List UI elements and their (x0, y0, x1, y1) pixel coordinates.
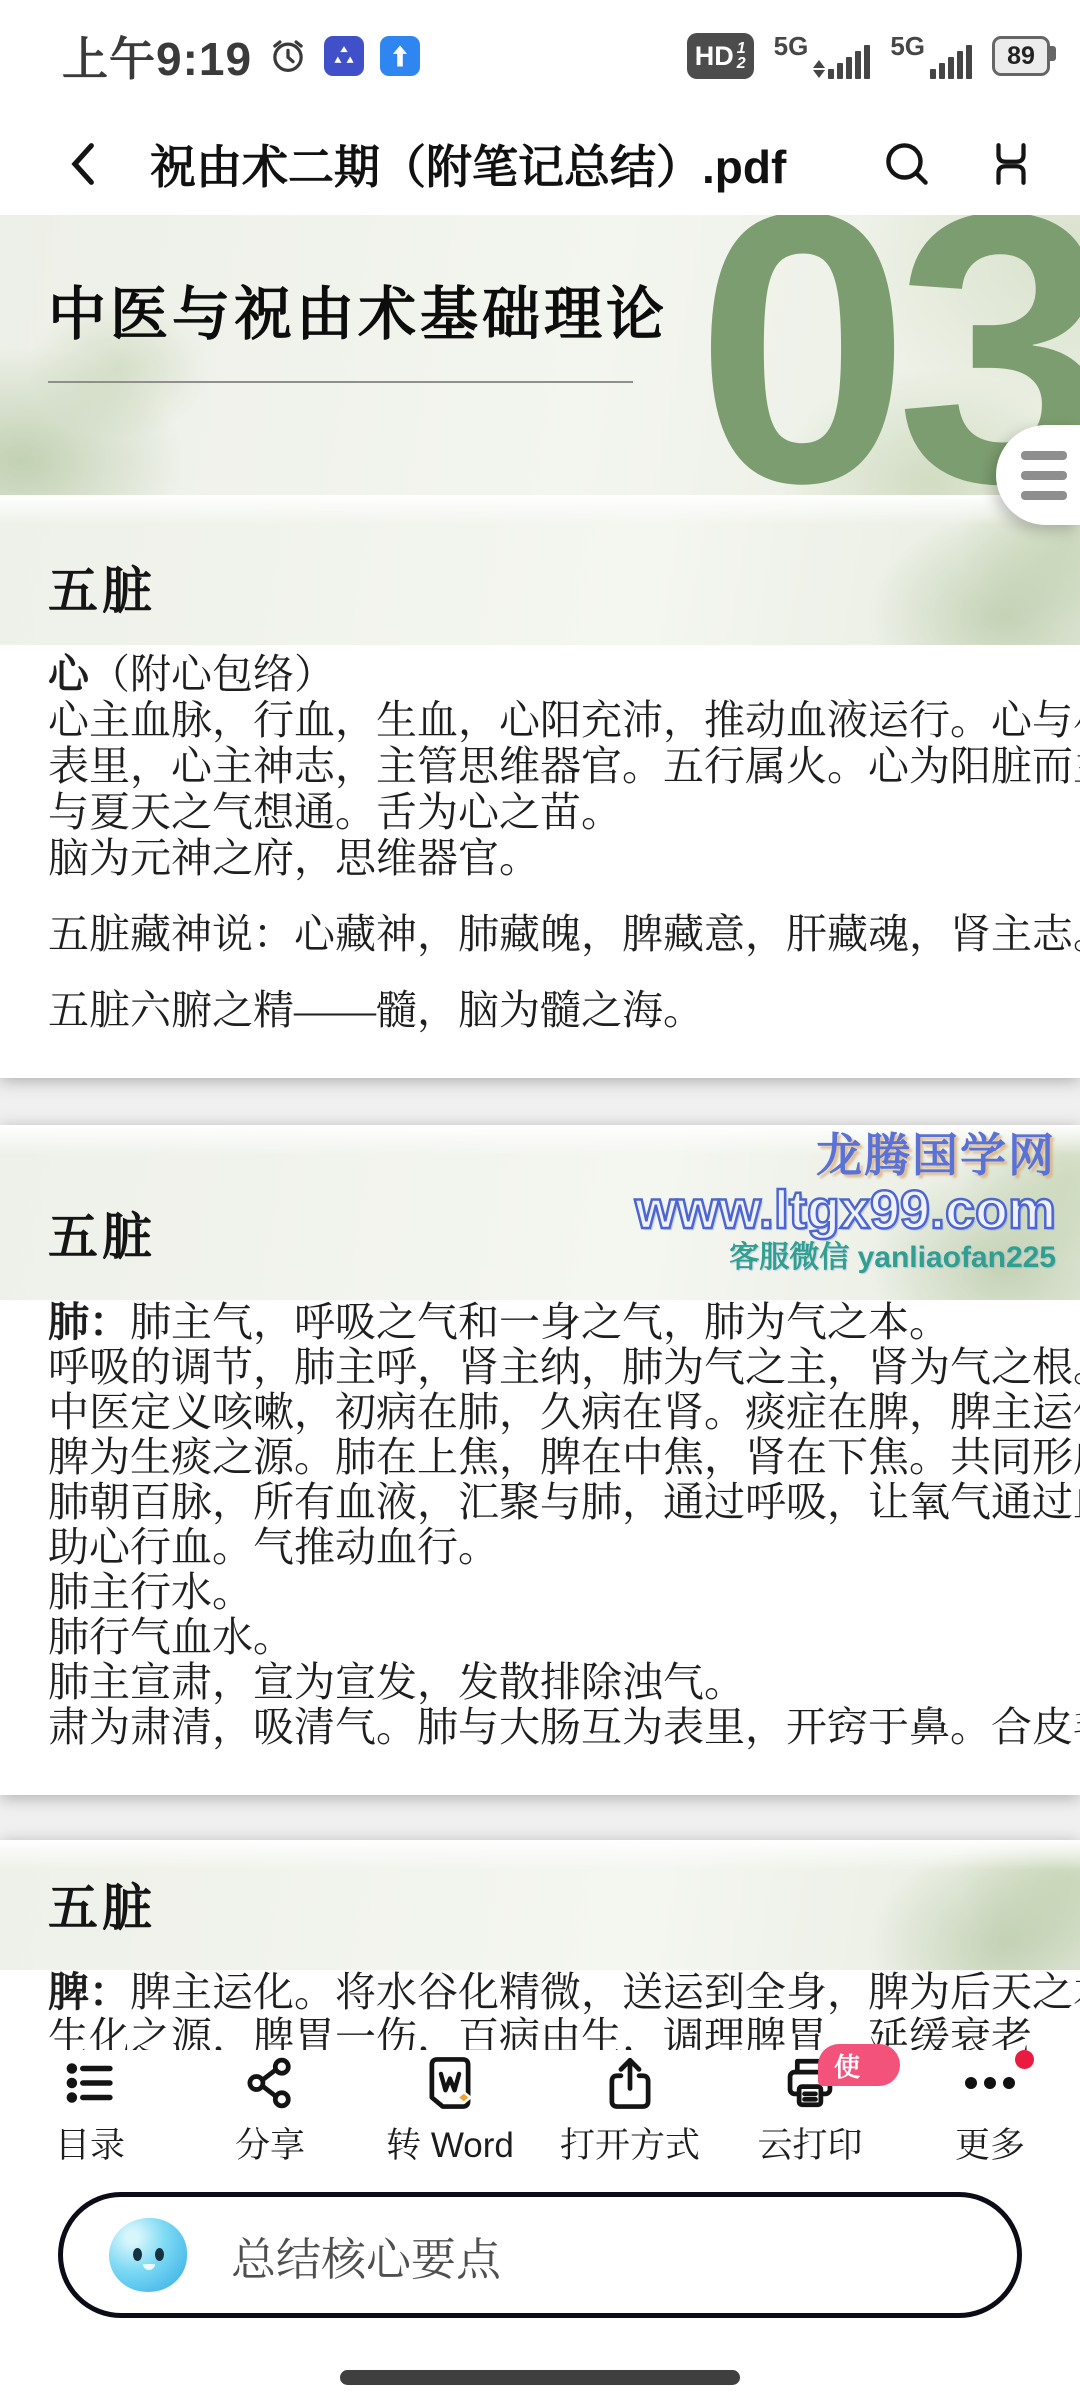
document-text-line: 与夏天之气想通。舌为心之苗。 (48, 789, 1060, 835)
document-text-line: 肺主宣肃，宣为宣发，发散排除浊气。 (48, 1660, 1060, 1705)
slide-title-rule (48, 381, 633, 383)
toolbar-convert-word-button[interactable]: 转 Word (360, 2050, 540, 2175)
open-with-icon (601, 2054, 659, 2112)
document-text-line: 脑为元神之府，思维器官。 (48, 835, 1060, 881)
slide-title: 中医与祝由术基础理论 (48, 267, 668, 351)
document-text-line: 肺：肺主气，呼吸之气和一身之气，肺为气之本。 (48, 1300, 1060, 1345)
watermark: 龙腾国学网 www.ltgx99.com 客服微信 yanliaofan225 (635, 1129, 1056, 1277)
toolbar-more-button[interactable]: 更多 (900, 2050, 1080, 2175)
ai-blob-face-icon (109, 2218, 187, 2292)
toolbar-label: 转 Word (386, 2118, 514, 2168)
recycle-notification-icon (324, 36, 364, 76)
watermark-contact: 客服微信 yanliaofan225 (635, 1239, 1056, 1277)
toolbar-label: 目录 (55, 2118, 125, 2168)
document-text-line: 肃为肃清，吸清气。肺与大肠互为表里，开窍于鼻。合皮毛。 (48, 1705, 1060, 1750)
toolbar-catalog-button[interactable]: 目录 (0, 2050, 180, 2175)
ai-assistant-bar[interactable]: 总结核心要点 (58, 2192, 1022, 2318)
screen: 上午9:19 (0, 0, 1080, 2400)
section-band: 五脏 (0, 495, 1080, 645)
search-icon[interactable] (880, 137, 934, 191)
upload-notification-icon (380, 36, 420, 76)
toolbar-label: 更多 (955, 2118, 1025, 2168)
status-bar-right: HD 12 5G 5G 89 (687, 33, 1050, 79)
document-text-line: 五脏藏神说：心藏神，肺藏魄，脾藏意，肝藏魂，肾主志。 (48, 911, 1060, 957)
document-text-line: 脾：脾主运化。将水谷化精微，送运到全身，脾为后天之本，气血 (48, 1970, 1060, 2015)
signal-sim2-icon: 5G (890, 33, 972, 79)
toolbar-label: 打开方式 (560, 2118, 700, 2168)
document-text-line: 肺行气血水。 (48, 1615, 1060, 1660)
hd-volte-icon: HD 12 (687, 33, 754, 79)
signal-sim1-icon: 5G (774, 33, 871, 79)
section-band: 五脏 龙腾国学网 www.ltgx99.com 客服微信 yanliaofan2… (0, 1125, 1080, 1300)
pdf-viewer[interactable]: 中医与祝由术基础理论 03 五脏 心（附心包络）心主血脉，行血，生血，心阳充沛，… (0, 215, 1080, 2100)
list-icon (61, 2054, 119, 2112)
home-indicator[interactable] (340, 2370, 740, 2385)
page-text-block: 肺：肺主气，呼吸之气和一身之气，肺为气之本。呼吸的调节，肺主呼，肾主纳，肺为气之… (48, 1300, 1060, 1750)
promo-badge: 去使用 (818, 2044, 900, 2086)
status-time: 上午9:19 (62, 23, 252, 89)
toolbar: 目录 分享 转 W (0, 2050, 1080, 2175)
toolbar-label: 云打印 (757, 2118, 862, 2168)
watermark-site-name: 龙腾国学网 (635, 1129, 1056, 1181)
document-text-line: 肺朝百脉，所有血液，汇聚与肺，通过呼吸，让氧气通过血液推动全身。 (48, 1480, 1060, 1525)
document-text-line: 表里，心主神志，主管思维器官。五行属火。心为阳脏而主阳气， (48, 743, 1060, 789)
section-heading: 五脏 (48, 551, 156, 623)
toolbar-label: 分享 (235, 2118, 305, 2168)
notification-dot (1015, 2050, 1034, 2069)
watermark-site-url: www.ltgx99.com (635, 1181, 1056, 1239)
document-text-line: 心主血脉，行血，生血，心阳充沛，推动血液运行。心与小肠互为 (48, 697, 1060, 743)
fit-screen-icon[interactable] (986, 138, 1036, 190)
status-bar: 上午9:19 (0, 0, 1080, 112)
document-text-line: 肺主行水。 (48, 1570, 1060, 1615)
section-band: 五脏 (0, 1840, 1080, 1970)
more-dots-icon (961, 2054, 1019, 2112)
page-text-block: 脾：脾主运化。将水谷化精微，送运到全身，脾为后天之本，气血生化之源，脾胃一伤，百… (48, 1970, 1060, 2060)
ai-prompt-text: 总结核心要点 (231, 2223, 501, 2288)
pdf-page-2: 五脏 龙腾国学网 www.ltgx99.com 客服微信 yanliaofan2… (0, 1125, 1080, 1795)
section-heading: 五脏 (48, 1197, 156, 1269)
page-text-block: 心（附心包络）心主血脉，行血，生血，心阳充沛，推动血液运行。心与小肠互为表里，心… (48, 651, 1060, 1033)
back-icon[interactable] (62, 138, 106, 190)
alarm-icon (268, 36, 308, 76)
document-text-line: 中医定义咳嗽，初病在肺，久病在肾。痰症在脾，脾主运化水湿。 (48, 1390, 1060, 1435)
toolbar-cloud-print-button[interactable]: 去使用 云打印 (720, 2050, 900, 2175)
status-bar-left: 上午9:19 (62, 23, 420, 89)
document-text-line: 助心行血。气推动血行。 (48, 1525, 1060, 1570)
bottom-sheet: 目录 分享 转 W (0, 2050, 1080, 2400)
section-heading: 五脏 (48, 1868, 156, 1940)
slide-banner: 中医与祝由术基础理论 03 (0, 215, 1080, 495)
battery-level: 89 (1007, 42, 1035, 71)
battery-icon: 89 (992, 36, 1050, 76)
document-text-line: 心（附心包络） (48, 651, 1060, 697)
app-header: 祝由术二期（附笔记总结）.pdf (0, 112, 1080, 215)
toolbar-open-with-button[interactable]: 打开方式 (540, 2050, 720, 2175)
pdf-page-1: 中医与祝由术基础理论 03 五脏 心（附心包络）心主血脉，行血，生血，心阳充沛，… (0, 215, 1080, 1078)
document-text-line: 脾为生痰之源。肺在上焦，脾在中焦，肾在下焦。共同形成了一身之气。 (48, 1435, 1060, 1480)
toolbar-share-button[interactable]: 分享 (180, 2050, 360, 2175)
document-text-line: 呼吸的调节，肺主呼，肾主纳，肺为气之主，肾为气之根。 (48, 1345, 1060, 1390)
word-doc-icon (421, 2054, 479, 2112)
document-title: 祝由术二期（附笔记总结）.pdf (150, 131, 860, 197)
document-text-line: 五脏六腑之精——髓，脑为髓之海。 (48, 987, 1060, 1033)
share-icon (241, 2054, 299, 2112)
